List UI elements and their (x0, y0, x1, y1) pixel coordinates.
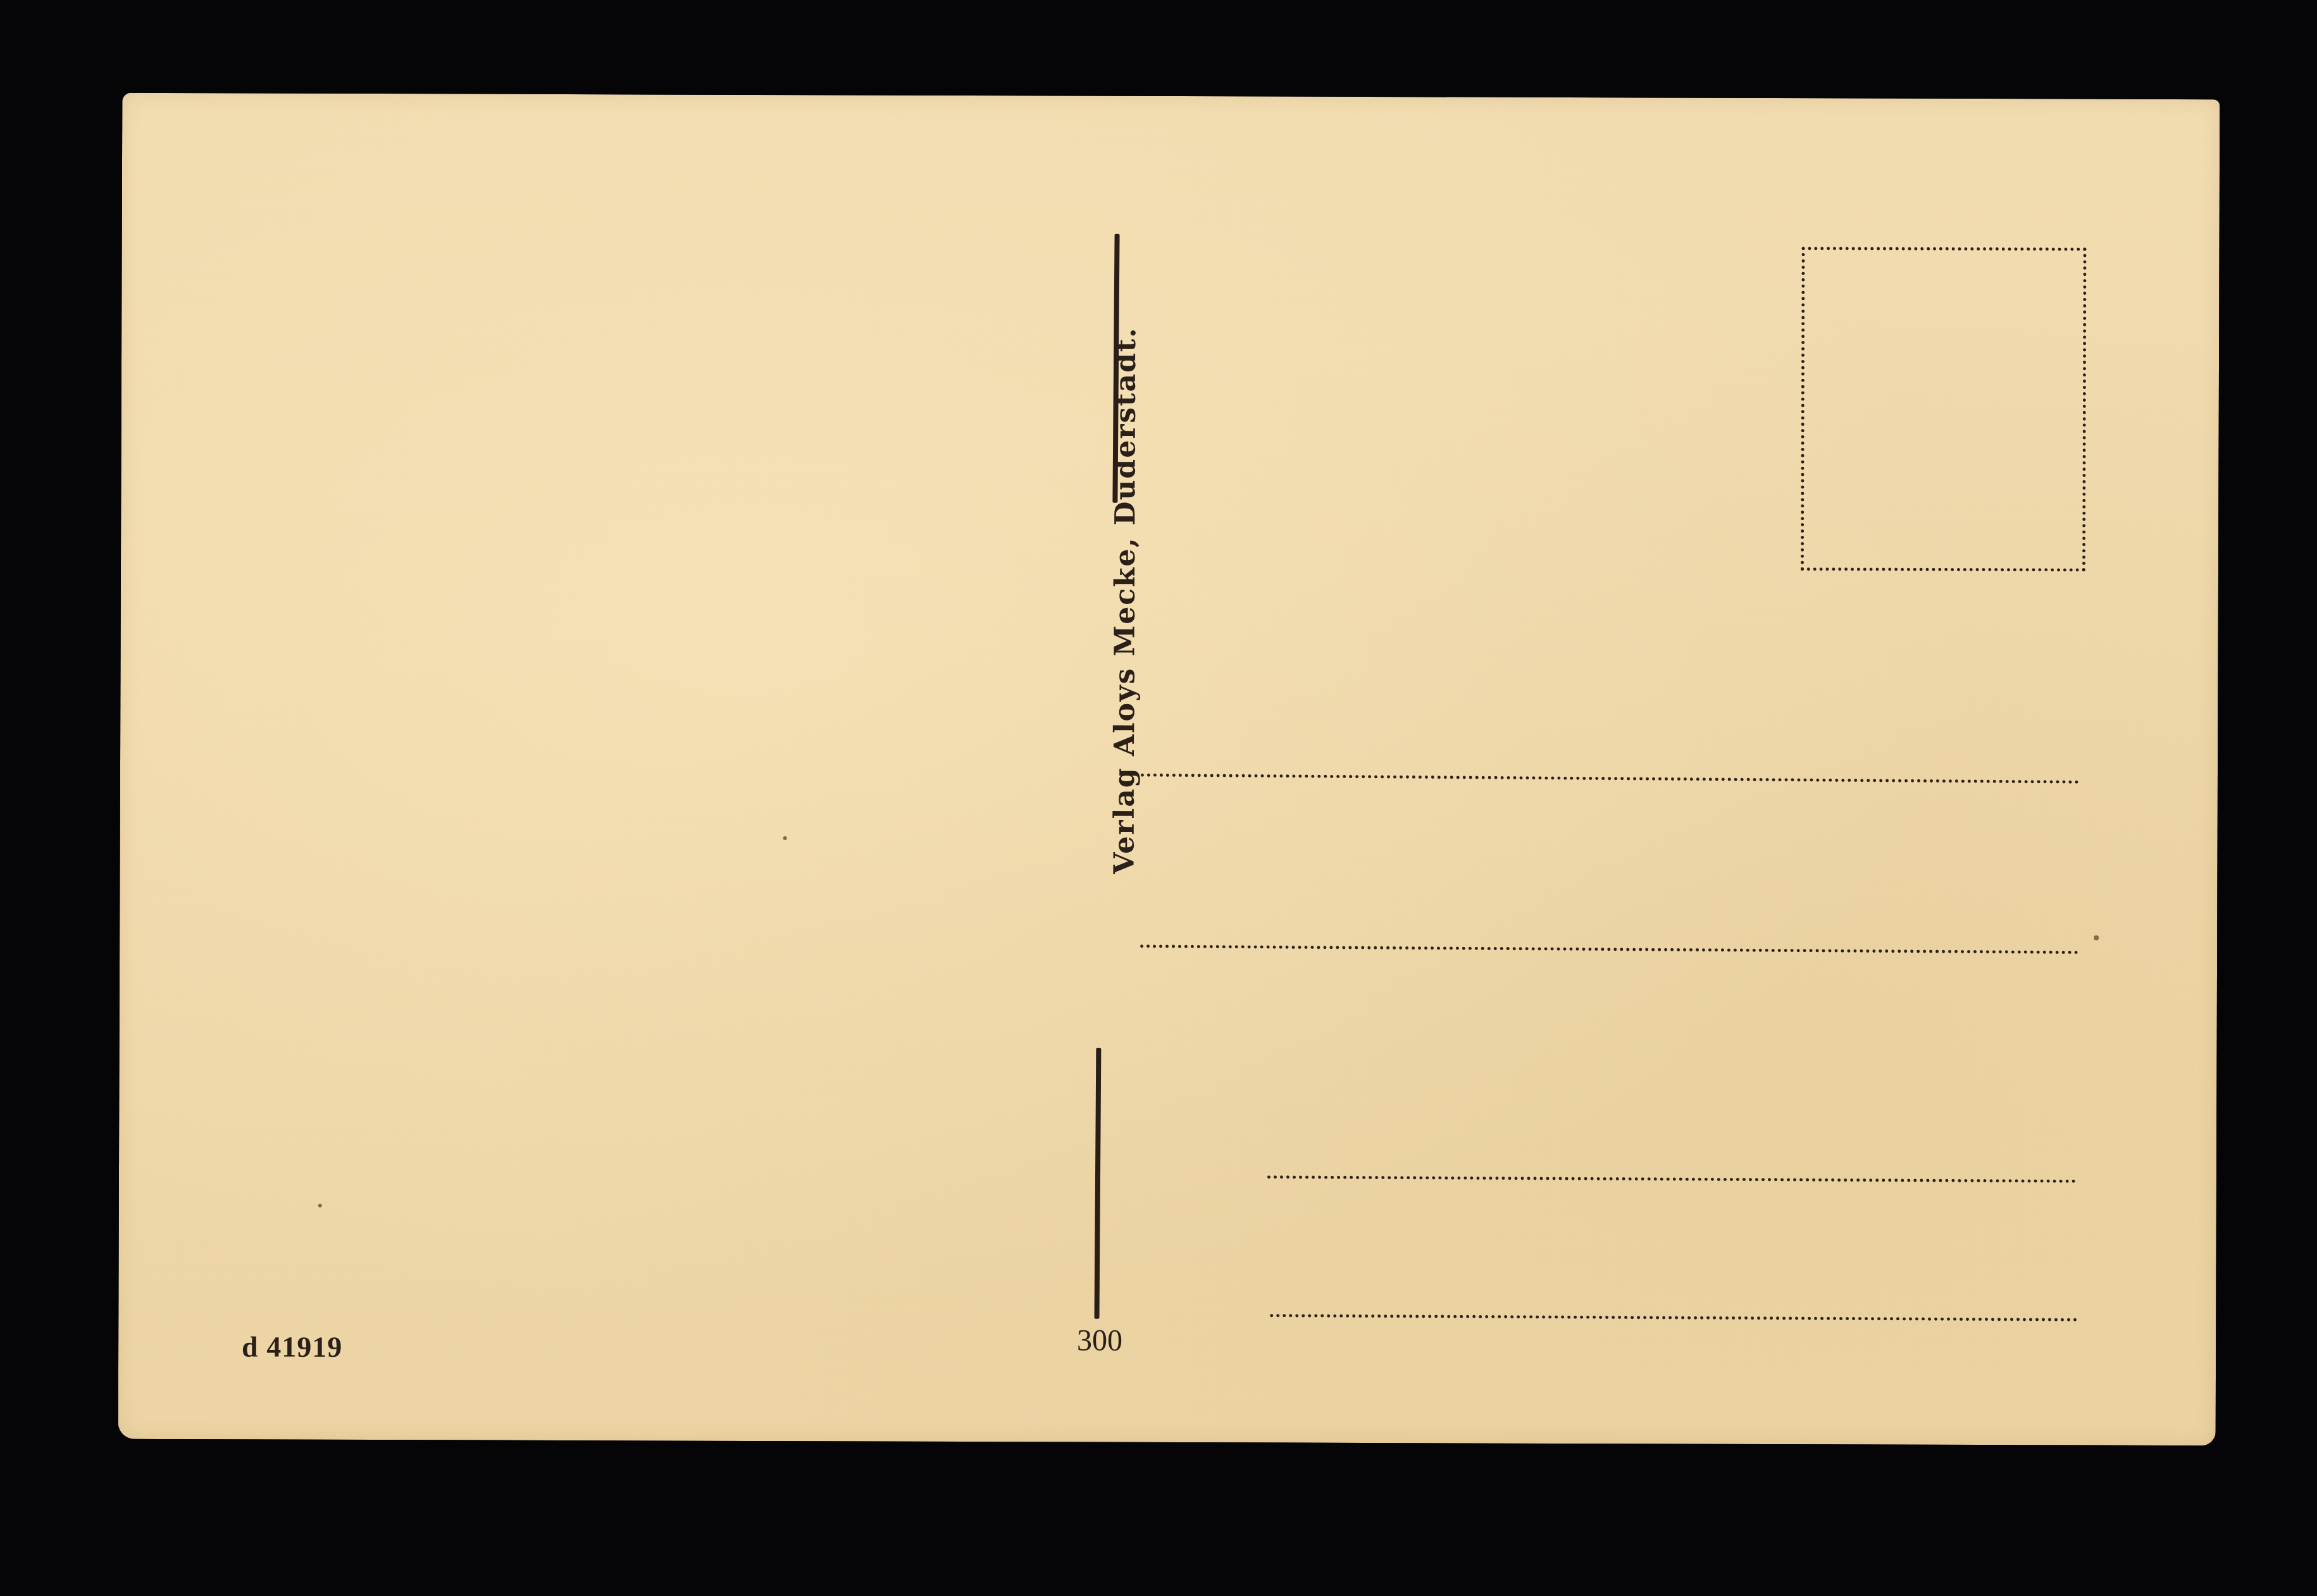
address-line-2 (1140, 944, 2078, 954)
plate-number: 300 (1077, 1323, 1122, 1358)
address-line-3 (1267, 1175, 2076, 1183)
center-divider-bottom (1095, 1048, 1102, 1319)
paper-speck (318, 1204, 322, 1208)
paper-speck (2094, 936, 2099, 941)
postcard-back: Verlag Aloys Mecke, Duderstadt. 300 d 41… (118, 93, 2220, 1445)
serial-number: d 41919 (242, 1330, 342, 1363)
publisher-imprint: Verlag Aloys Mecke, Duderstadt. (1108, 327, 1142, 874)
address-line-1 (1141, 774, 2079, 784)
stamp-box (1801, 247, 2087, 571)
address-line-4 (1270, 1314, 2077, 1321)
paper-speck (783, 836, 787, 840)
